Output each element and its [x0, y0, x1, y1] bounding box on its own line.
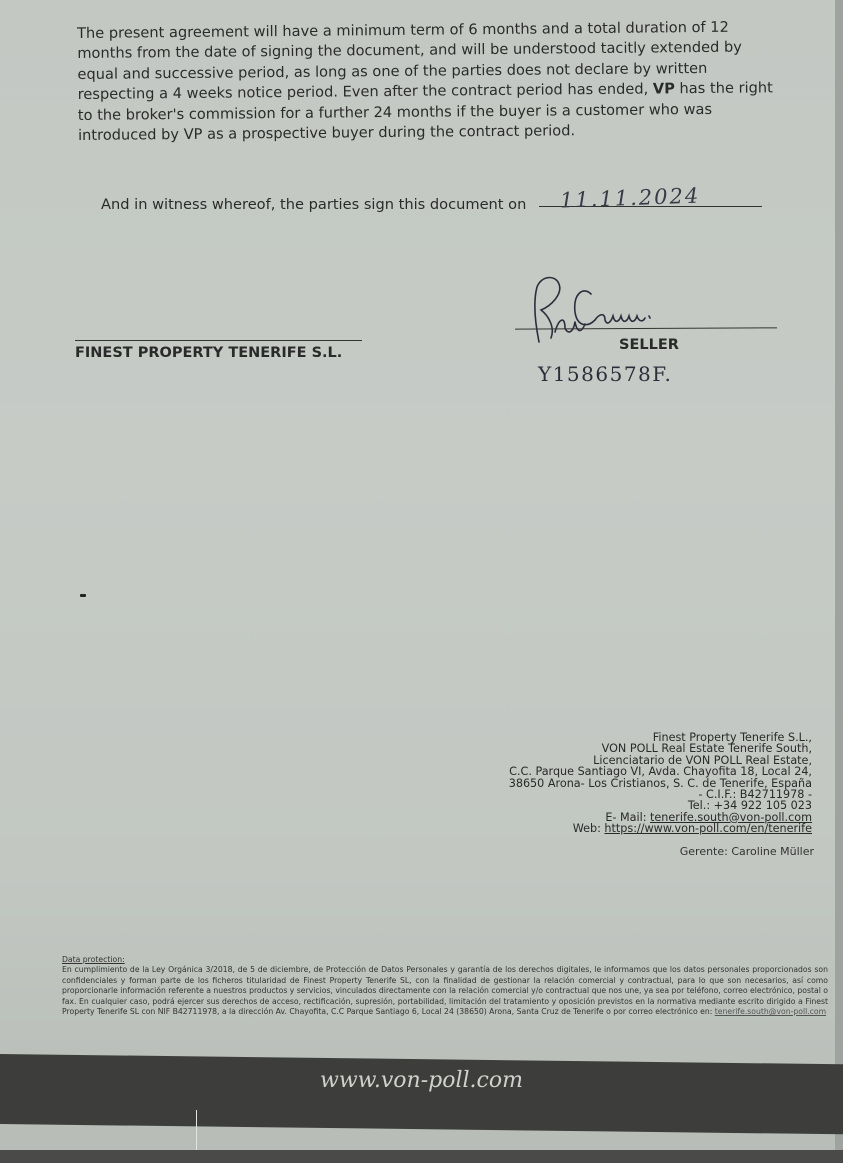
data-protection-title: Data protection:: [62, 955, 828, 965]
company-party-label: FINEST PROPERTY TENERIFE S.L.: [75, 345, 342, 361]
seller-signature: [525, 272, 725, 347]
bottom-dark-band: [0, 1150, 843, 1163]
company-address-block: Finest Property Tenerife S.L., VON POLL …: [492, 732, 812, 835]
web-label: Web:: [573, 822, 605, 835]
footer-website[interactable]: www.von-poll.com: [0, 1068, 843, 1093]
web-link[interactable]: https://www.von-poll.com/en/tenerife: [604, 822, 812, 835]
data-protection-email-link[interactable]: tenerife.south@von-poll.com: [715, 1007, 826, 1016]
scan-speck: [80, 594, 86, 597]
handwritten-date: 11.11.2024: [560, 184, 701, 213]
agreement-term-paragraph: The present agreement will have a minimu…: [77, 17, 778, 146]
company-signature-line: [75, 340, 362, 341]
web-line: Web: https://www.von-poll.com/en/tenerif…: [492, 823, 812, 834]
seller-handwritten-id: Y1586578F.: [538, 362, 672, 386]
address-line: C.C. Parque Santiago VI, Avda. Chayofita…: [492, 766, 812, 777]
paragraph-text-1: The present agreement will have a minimu…: [77, 19, 742, 103]
vp-bold: VP: [653, 80, 675, 97]
paper-edge: [835, 0, 843, 1163]
witness-statement: And in witness whereof, the parties sign…: [101, 196, 526, 213]
footer-band: [0, 1054, 843, 1134]
data-protection-text: En cumplimiento de la Ley Orgánica 3/201…: [62, 965, 828, 1016]
paper-crease: [196, 1110, 197, 1152]
manager-line: Gerente: Caroline Müller: [680, 845, 814, 858]
data-protection-notice: Data protection: En cumplimiento de la L…: [62, 955, 828, 1017]
seller-label: SELLER: [619, 337, 679, 353]
